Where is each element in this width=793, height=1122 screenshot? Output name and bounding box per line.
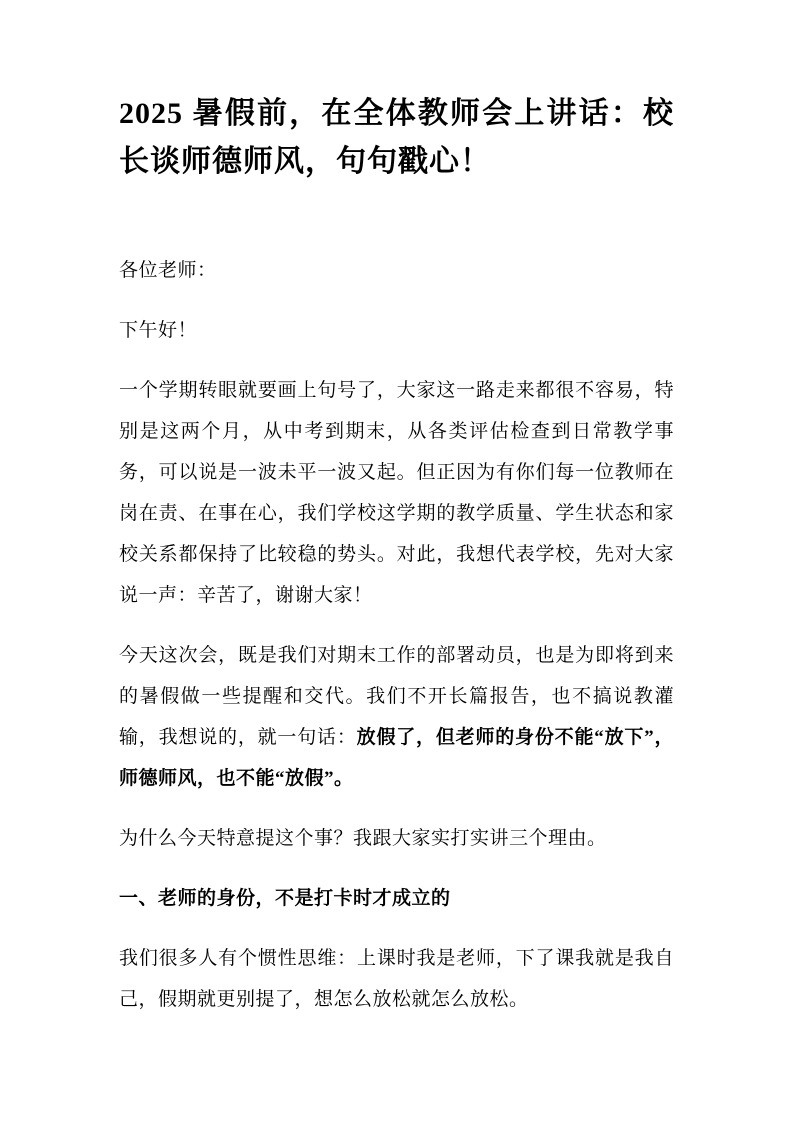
document-page: 2025 暑假前，在全体教师会上讲话：校长谈师德师风，句句戳心！ 各位老师： 下… (0, 0, 793, 1122)
paragraph-three-reasons: 为什么今天特意提这个事？我跟大家实打实讲三个理由。 (119, 818, 674, 859)
document-title: 2025 暑假前，在全体教师会上讲话：校长谈师德师风，句句戳心！ (119, 90, 674, 186)
paragraph-key-message: 今天这次会，既是我们对期末工作的部署动员，也是为即将到来的暑假做一些提醒和交代。… (119, 635, 674, 799)
paragraph-habitual-thinking: 我们很多人有个惯性思维：上课时我是老师，下了课我就是我自己，假期就更别提了，想怎… (119, 938, 674, 1020)
paragraph-salutation: 各位老师： (119, 250, 674, 291)
paragraph-greeting: 下午好！ (119, 310, 674, 351)
section-heading-reason-one: 一、老师的身份，不是打卡时才成立的 (119, 878, 674, 919)
paragraph-semester-review: 一个学期转眼就要画上句号了，大家这一路走来都很不容易，特别是这两个月，从中考到期… (119, 370, 674, 616)
